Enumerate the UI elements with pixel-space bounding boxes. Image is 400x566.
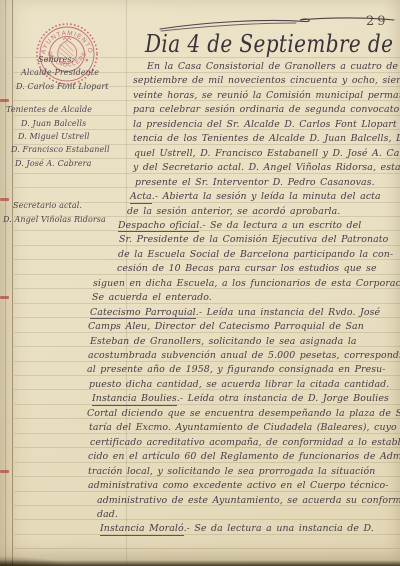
body-line-text: Camps Aleu, Director del Catecismo Parro… — [88, 321, 364, 332]
body-line-text: .- Se da lectura a un escrito del — [199, 220, 361, 231]
stitch-mark — [0, 99, 9, 102]
section-header: Despacho oficial — [118, 220, 199, 233]
binding-edge-line — [12, 0, 13, 566]
binding-edge — [0, 0, 14, 566]
body-line: septiembre de mil novecientos cincuenta … — [133, 75, 400, 86]
margin-note: Tenientes de Alcalde — [6, 105, 92, 114]
body-line-text: cesión de 10 Becas para cursar los estud… — [117, 263, 377, 274]
stitch-mark — [0, 470, 9, 473]
body-line-text: siguen en dicha Escuela, a los funcionar… — [93, 278, 400, 289]
body-line: Instancia Boulies.- Leída otra instancia… — [92, 393, 389, 404]
body-line: certificado acreditativo acompaña, de co… — [90, 437, 400, 448]
body-line: administrativo de este Ayuntamiento, se … — [97, 495, 400, 506]
margin-note: D. Miguel Ustrell — [18, 132, 90, 141]
body-line-text: .- Leída otra instancia de D. Jorge Boul… — [177, 393, 389, 404]
margin-note: D. José A. Cabrera — [15, 159, 91, 168]
ayuntamiento-granollers-stamp: AYUNTAMIENTO GRANOLLERS — [34, 21, 100, 87]
section-header: Acta — [130, 191, 152, 204]
body-line: y del Secretario actal. D. Angel Viñolas… — [133, 162, 400, 173]
body-line: Esteban de Granollers, solicitando le se… — [90, 336, 357, 347]
body-line: siguen en dicha Escuela, a los funcionar… — [93, 278, 400, 289]
body-line: Sr. Presidente de la Comisión Ejecutiva … — [119, 234, 388, 245]
body-line-text: y del Secretario actal. D. Angel Viñolas… — [133, 162, 400, 173]
body-line: Se acuerda el enterado. — [92, 292, 212, 303]
stitch-mark — [0, 198, 9, 201]
body-line-text: taría del Excmo. Ayuntamiento de Ciudade… — [89, 422, 397, 433]
manuscript-page: AYUNTAMIENTO GRANOLLERS 29 Dia 4 de Sept… — [0, 0, 400, 566]
body-line-text: septiembre de mil novecientos cincuenta … — [133, 75, 400, 86]
section-header: Instancia Boulies — [92, 393, 177, 406]
body-line: Despacho oficial.- Se da lectura a un es… — [118, 220, 361, 231]
stitch-mark — [0, 296, 9, 299]
margin-note: D. Juan Balcells — [21, 119, 86, 128]
page-bottom-shadow — [0, 560, 400, 566]
section-header: Catecismo Parroquial — [90, 307, 196, 320]
body-line: Catecismo Parroquial.- Leída una instanc… — [90, 307, 380, 318]
body-line: tración local, y solicitando le sea pror… — [88, 466, 375, 477]
body-line-text: de la sesión anterior, se acordó aprobar… — [127, 206, 340, 217]
body-line-text: la presidencia del Sr. Alcalde D. Carlos… — [133, 119, 400, 130]
body-line-text: tración local, y solicitando le sea pror… — [88, 466, 375, 477]
body-line-text: certificado acreditativo acompaña, de co… — [90, 437, 400, 448]
body-line-text: presente el Sr. Interventor D. Pedro Cas… — [135, 177, 375, 188]
body-line: taría del Excmo. Ayuntamiento de Ciudade… — [89, 422, 397, 433]
body-line: Cortal diciendo que se encuentra desempe… — [87, 408, 400, 419]
body-line: administrativa como excedente activo en … — [88, 480, 388, 491]
body-line-text: acostumbrada subvención anual de 5.000 p… — [88, 350, 400, 361]
body-line-text: En la Casa Consistorial de Granollers a … — [147, 61, 398, 72]
margin-note: Alcalde-Presidente — [21, 68, 99, 77]
body-line-text: Esteban de Granollers, solicitando le se… — [90, 336, 357, 347]
margin-note: D. Angel Viñolas Ridorsa — [3, 215, 106, 224]
body-line-text: dad. — [97, 509, 118, 520]
body-line-text: .- Leída una instancia del Rvdo. José — [196, 307, 380, 318]
body-line-text: de la Escuela Social de Barcelona partic… — [118, 249, 393, 260]
body-line-text: Cortal diciendo que se encuentra desempe… — [87, 408, 400, 419]
body-line-text: tencia de los Tenientes de Alcalde D. Ju… — [133, 133, 400, 144]
body-line: Acta.- Abierta la sesión y leída la minu… — [130, 191, 381, 202]
date-heading: Dia 4 de Septiembre de 1958 — [145, 29, 400, 58]
body-line-text: puesto dicha cantidad, se acuerda librar… — [89, 379, 389, 390]
body-line: para celebrar sesión ordinaria de segund… — [133, 104, 400, 115]
margin-note: Señores: — [38, 55, 74, 64]
body-line-text: .- Abierta la sesión y leída la minuta d… — [152, 191, 381, 202]
margin-note: D. Francisco Estabanell — [11, 145, 110, 154]
body-line: Camps Aleu, Director del Catecismo Parro… — [88, 321, 364, 332]
body-line: quel Ustrell, D. Francisco Estabanell y … — [134, 148, 400, 159]
body-line: dad. — [97, 509, 118, 520]
body-line: de la sesión anterior, se acordó aprobar… — [127, 206, 340, 217]
body-line: cido en el artículo 60 del Reglamento de… — [88, 451, 400, 462]
body-line: acostumbrada subvención anual de 5.000 p… — [88, 350, 400, 361]
body-line-text: cido en el artículo 60 del Reglamento de… — [88, 451, 400, 462]
body-line-text: Sr. Presidente de la Comisión Ejecutiva … — [119, 234, 388, 245]
body-line: cesión de 10 Becas para cursar los estud… — [117, 263, 377, 274]
body-line: tencia de los Tenientes de Alcalde D. Ju… — [133, 133, 400, 144]
body-line: de la Escuela Social de Barcelona partic… — [118, 249, 393, 260]
body-line: Instancia Moraló.- Se da lectura a una i… — [100, 523, 374, 534]
body-line-text: administrativo de este Ayuntamiento, se … — [97, 495, 400, 506]
stamp-ring-top-text: AYUNTAMIENTO — [40, 30, 94, 55]
body-line-text: veinte horas, se reunió la Comisión muni… — [133, 90, 400, 101]
body-line: al presente año de 1958, y figurando con… — [87, 364, 386, 375]
body-line: presente el Sr. Interventor D. Pedro Cas… — [135, 177, 375, 188]
body-line-text: al presente año de 1958, y figurando con… — [87, 364, 386, 375]
margin-note: D. Carlos Font Llopart — [16, 82, 109, 91]
body-line-text: quel Ustrell, D. Francisco Estabanell y … — [134, 148, 400, 159]
ruled-line — [14, 548, 400, 549]
body-line: puesto dicha cantidad, se acuerda librar… — [89, 379, 389, 390]
body-line: En la Casa Consistorial de Granollers a … — [147, 61, 398, 72]
section-header: Instancia Moraló — [100, 523, 184, 536]
body-line-text: administrativa como excedente activo en … — [88, 480, 388, 491]
binding-edge-line — [5, 0, 6, 566]
margin-note: Secretario actal. — [13, 201, 82, 210]
body-line: la presidencia del Sr. Alcalde D. Carlos… — [133, 119, 400, 130]
svg-text:AYUNTAMIENTO: AYUNTAMIENTO — [40, 30, 94, 55]
body-line: veinte horas, se reunió la Comisión muni… — [133, 90, 400, 101]
body-line-text: para celebrar sesión ordinaria de segund… — [133, 104, 400, 115]
body-line-text: .- Se da lectura a una instancia de D. — [184, 523, 374, 534]
body-line-text: Se acuerda el enterado. — [92, 292, 212, 303]
ruled-line — [14, 519, 400, 520]
